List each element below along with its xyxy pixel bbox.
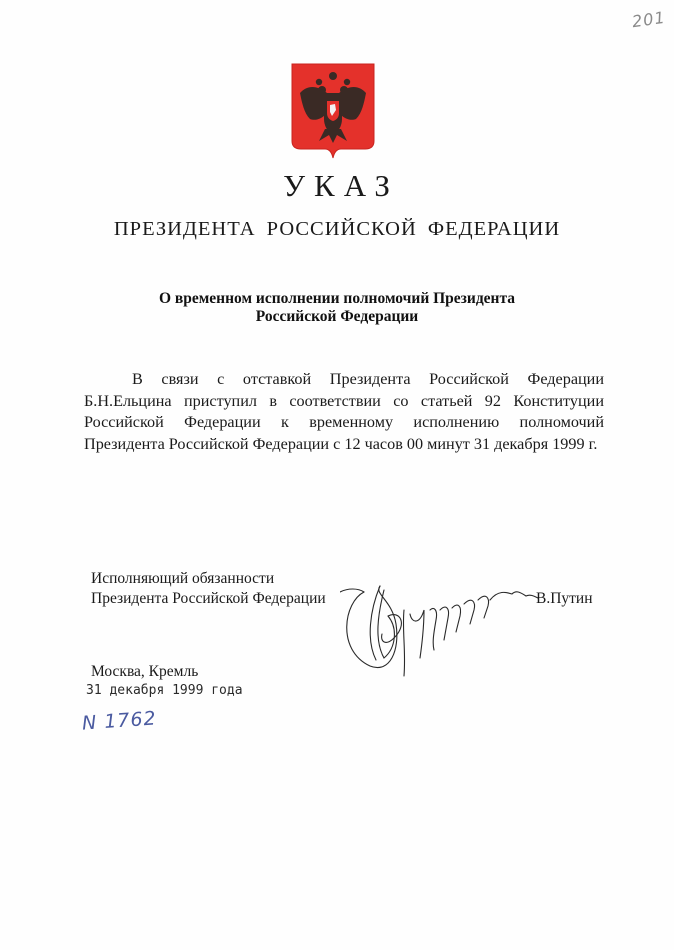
decree-page: 201 УКАЗ ПРЕЗИДЕНТА РОССИЙСКОЙ ФЕДЕРАЦИИ… xyxy=(0,0,674,950)
signatory-title-line-2: Президента Российской Федерации xyxy=(91,589,326,609)
signing-place: Москва, Кремль xyxy=(91,663,198,681)
signatory-name: В.Путин xyxy=(536,589,593,609)
signatory-title: Исполняющий обязанности Президента Росси… xyxy=(91,569,326,609)
decree-number: N 1762 xyxy=(81,707,157,734)
handwritten-signature-icon xyxy=(340,580,540,680)
coat-of-arms-icon xyxy=(291,63,375,159)
archive-page-number: 201 xyxy=(631,8,667,31)
heading-line-1: О временном исполнении полномочий Презид… xyxy=(0,290,674,308)
heading-line-2: Российской Федерации xyxy=(0,308,674,326)
decree-body: В связи с отставкой Президента Российско… xyxy=(84,369,604,455)
signing-date: 31 декабря 1999 года xyxy=(86,683,243,698)
document-title: УКАЗ xyxy=(0,168,674,204)
document-subtitle: ПРЕЗИДЕНТА РОССИЙСКОЙ ФЕДЕРАЦИИ xyxy=(0,218,674,241)
signatory-title-line-1: Исполняющий обязанности xyxy=(91,569,326,589)
decree-heading: О временном исполнении полномочий Презид… xyxy=(0,290,674,326)
